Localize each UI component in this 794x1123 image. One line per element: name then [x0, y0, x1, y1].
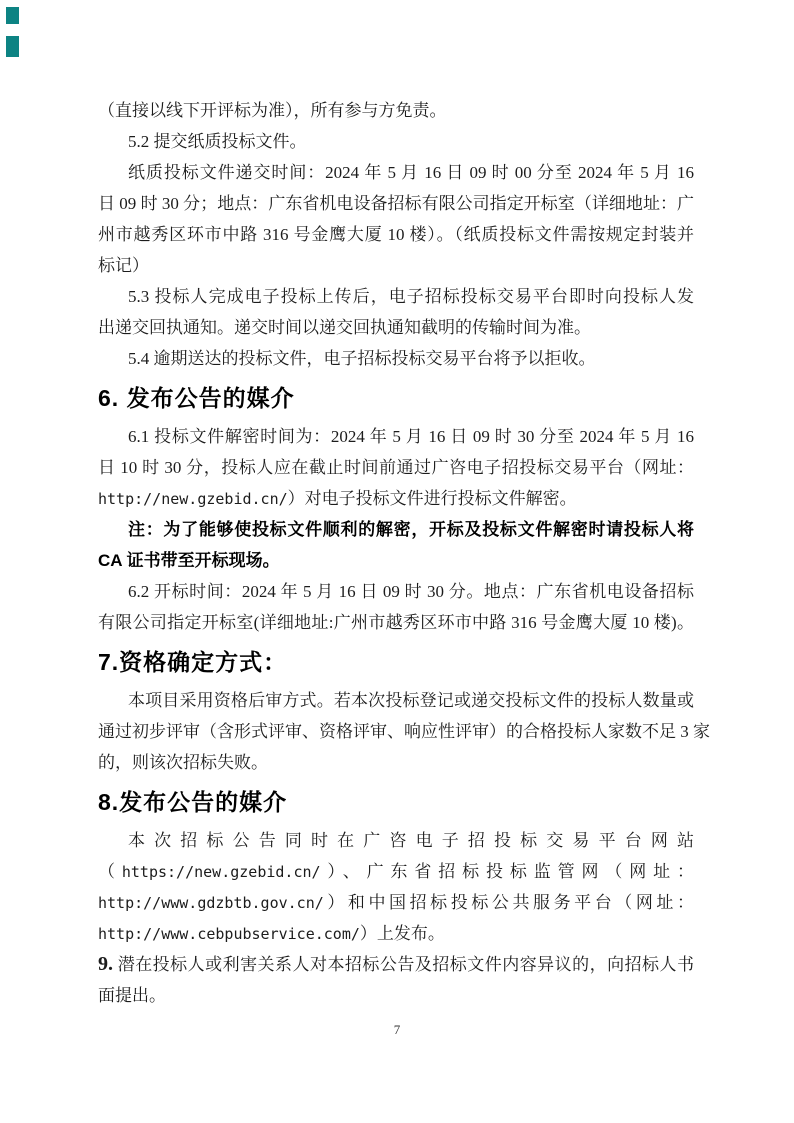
text-line: 标记） — [98, 250, 694, 281]
text-run: 日 09 时 30 分；地点：广东省机电设备招标有限公司指定开标室（详细地址：广 — [98, 194, 694, 213]
text-line: 出递交回执通知。递交时间以递交回执通知截明的传输时间为准。 — [98, 312, 694, 343]
text-run: 有限公司指定开标室(详细地址:广州市越秀区环市中路 316 号金鹰大厦 10 楼… — [98, 613, 694, 632]
text-run: ）、广东省招标投标监管网（网址： — [321, 862, 694, 881]
text-line: （直接以线下开评标为准），所有参与方免责。 — [98, 95, 694, 126]
text-line: 日 10 时 30 分，投标人应在截止时间前通过广咨电子招投标交易平台（网址： — [98, 452, 694, 483]
text-run: 5.4 逾期送达的投标文件，电子招标投标交易平台将予以拒收。 — [128, 349, 596, 368]
text-run: CA 证书带至开标现场。 — [98, 551, 280, 570]
text-line: 通过初步评审（含形式评审、资格评审、响应性评审）的合格投标人家数不足 3 家 — [98, 716, 694, 747]
text-line: http://new.gzebid.cn/）对电子投标文件进行投标文件解密。 — [98, 483, 694, 514]
text-run: 本次招标公告同时在广咨电子招投标交易平台网站 — [128, 831, 694, 850]
text-line: 6.1 投标文件解密时间为：2024 年 5 月 16 日 09 时 30 分至… — [98, 421, 694, 452]
text-line: http://www.gdzbtb.gov.cn/）和中国招标投标公共服务平台（… — [98, 887, 694, 918]
text-line: 9. 潜在投标人或利害关系人对本招标公告及招标文件内容异议的，向招标人书 — [98, 949, 694, 980]
text-line: 5.3 投标人完成电子投标上传后，电子招标投标交易平台即时向投标人发 — [98, 281, 694, 312]
text-run: 州市越秀区环市中路 316 号金鹰大厦 10 楼）。（纸质投标文件需按规定封装并 — [98, 225, 694, 244]
text-line: 日 09 时 30 分；地点：广东省机电设备招标有限公司指定开标室（详细地址：广 — [98, 188, 694, 219]
section-heading: 7.资格确定方式： — [98, 646, 694, 679]
text-run: 出递交回执通知。递交时间以递交回执通知截明的传输时间为准。 — [98, 318, 591, 337]
text-run: 标记） — [98, 256, 149, 275]
text-line: 本次招标公告同时在广咨电子招投标交易平台网站 — [98, 825, 694, 856]
text-run: 的，则该次招标失败。 — [98, 753, 268, 772]
text-line: 6.2 开标时间：2024 年 5 月 16 日 09 时 30 分。地点：广东… — [98, 576, 694, 607]
text-run: 潜在投标人或利害关系人对本招标公告及招标文件内容异议的，向招标人书 — [113, 955, 694, 974]
page-number: 7 — [0, 1022, 794, 1038]
note-line: 注：为了能够使投标文件顺利的解密，开标及投标文件解密时请投标人将 — [98, 514, 694, 545]
item-number: 9. — [98, 953, 113, 975]
text-run: 6. 发布公告的媒介 — [98, 385, 295, 411]
text-run: 6.2 开标时间：2024 年 5 月 16 日 09 时 30 分。地点：广东… — [128, 582, 694, 601]
text-run: 本项目采用资格后审方式。若本次投标登记或递交投标文件的投标人数量或 — [128, 691, 694, 710]
text-line: 的，则该次招标失败。 — [98, 747, 694, 778]
text-line: 纸质投标文件递交时间：2024 年 5 月 16 日 09 时 00 分至 20… — [98, 157, 694, 188]
text-run: 8.发布公告的媒介 — [98, 789, 287, 815]
corner-mark-icon — [6, 36, 19, 57]
text-run: 6.1 投标文件解密时间为：2024 年 5 月 16 日 09 时 30 分至… — [128, 427, 694, 446]
text-run: 日 10 时 30 分，投标人应在截止时间前通过广咨电子招投标交易平台（网址： — [98, 458, 694, 477]
url-text: https://new.gzebid.cn/ — [122, 863, 321, 881]
text-run: ）上发布。 — [360, 924, 445, 943]
text-line: 5.4 逾期送达的投标文件，电子招标投标交易平台将予以拒收。 — [98, 343, 694, 374]
text-run: 5.2 提交纸质投标文件。 — [128, 132, 307, 151]
url-text: http://www.cebpubservice.com/ — [98, 925, 360, 943]
text-line: 本项目采用资格后审方式。若本次投标登记或递交投标文件的投标人数量或 — [98, 685, 694, 716]
text-line: 州市越秀区环市中路 316 号金鹰大厦 10 楼）。（纸质投标文件需按规定封装并 — [98, 219, 694, 250]
url-text: http://new.gzebid.cn/ — [98, 490, 288, 508]
text-run: 注：为了能够使投标文件顺利的解密，开标及投标文件解密时请投标人将 — [128, 520, 694, 539]
text-line: （https://new.gzebid.cn/）、广东省招标投标监管网（网址： — [98, 856, 694, 887]
text-run: ）和中国招标投标公共服务平台（网址： — [324, 893, 694, 912]
note-line: CA 证书带至开标现场。 — [98, 545, 694, 576]
text-run: 5.3 投标人完成电子投标上传后，电子招标投标交易平台即时向投标人发 — [128, 287, 694, 306]
corner-mark-icon — [6, 7, 19, 24]
text-line: http://www.cebpubservice.com/）上发布。 — [98, 918, 694, 949]
text-line: 面提出。 — [98, 980, 694, 1011]
text-run: （ — [98, 862, 122, 881]
section-heading: 8.发布公告的媒介 — [98, 786, 694, 819]
text-run: （直接以线下开评标为准），所有参与方免责。 — [98, 101, 447, 120]
text-line: 有限公司指定开标室(详细地址:广州市越秀区环市中路 316 号金鹰大厦 10 楼… — [98, 607, 694, 638]
page-content: （直接以线下开评标为准），所有参与方免责。5.2 提交纸质投标文件。纸质投标文件… — [98, 95, 694, 1011]
text-run: 面提出。 — [98, 986, 166, 1005]
document-page: （直接以线下开评标为准），所有参与方免责。5.2 提交纸质投标文件。纸质投标文件… — [0, 0, 794, 1123]
section-heading: 6. 发布公告的媒介 — [98, 382, 694, 415]
text-run: 纸质投标文件递交时间：2024 年 5 月 16 日 09 时 00 分至 20… — [128, 163, 694, 182]
text-line: 5.2 提交纸质投标文件。 — [98, 126, 694, 157]
text-run: 通过初步评审（含形式评审、资格评审、响应性评审）的合格投标人家数不足 3 家 — [98, 722, 710, 741]
text-run: ）对电子投标文件进行投标文件解密。 — [288, 489, 577, 508]
url-text: http://www.gdzbtb.gov.cn/ — [98, 894, 324, 912]
text-run: 7.资格确定方式： — [98, 649, 287, 675]
